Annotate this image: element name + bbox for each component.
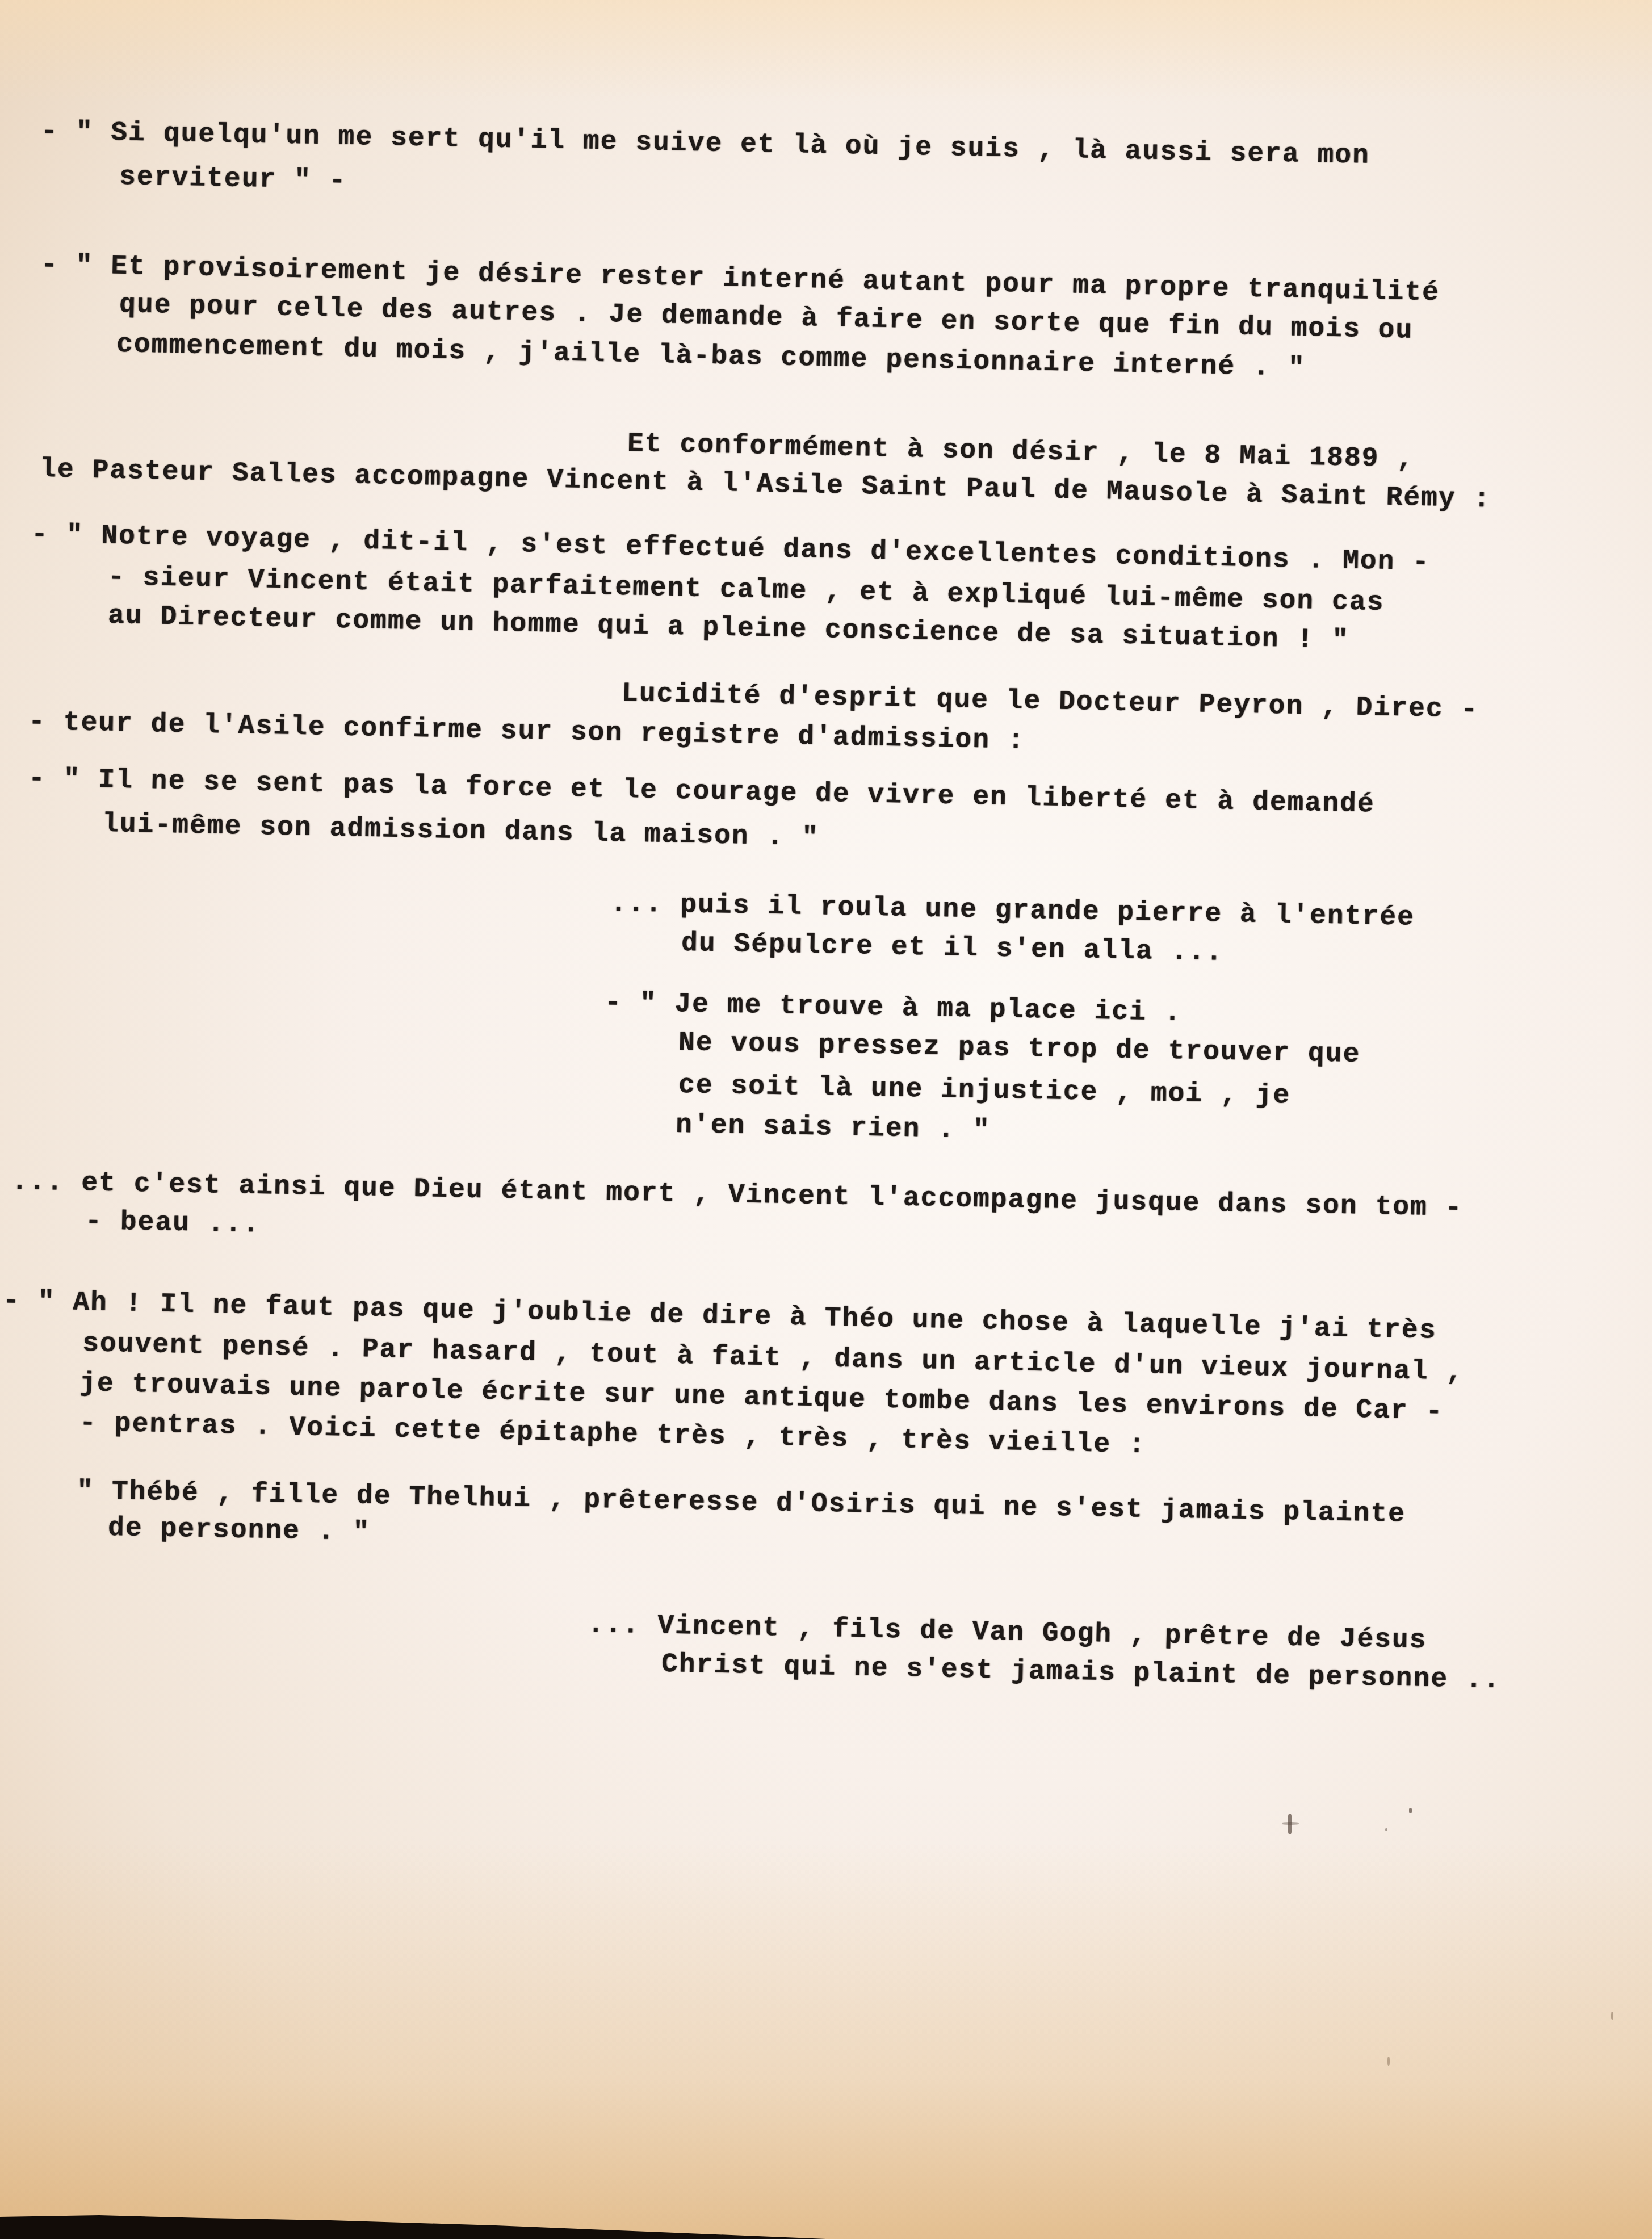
paper-page: - " Si quelqu'un me sert qu'il me suive … — [0, 0, 1652, 2239]
paper-mark — [1385, 1828, 1387, 1831]
text-line: - " Si quelqu'un me sert qu'il me suive … — [41, 116, 1370, 171]
text-line: n'en sais rien . " — [676, 1110, 991, 1146]
paper-mark — [1282, 1822, 1299, 1825]
text-line: - beau ... — [85, 1206, 261, 1240]
text-line: - " Je me trouve à ma place ici . — [605, 988, 1182, 1029]
text-line: Et conformément à son désir , le 8 Mai 1… — [627, 429, 1414, 475]
text-line: serviteur " - — [119, 162, 347, 196]
text-line: ce soit là une injustice , moi , je — [678, 1070, 1291, 1112]
text-line: du Sépulcre et il s'en alla ... — [681, 928, 1224, 968]
paper-mark — [1611, 2012, 1613, 2020]
text-line: Christ qui ne s'est jamais plaint de per… — [661, 1649, 1500, 1696]
text-line: lui-même son admission dans la maison . … — [102, 809, 819, 853]
text-line: - teur de l'Asile confirme sur son regis… — [28, 707, 1025, 757]
text-line: Ne vous pressez pas trop de trouver que — [678, 1028, 1361, 1070]
paper-mark — [1387, 2057, 1390, 2066]
paper-mark — [1409, 1808, 1412, 1813]
text-line: de personne . " — [108, 1513, 371, 1548]
text-line: Lucidité d'esprit que le Docteur Peyron … — [621, 678, 1478, 726]
text-line: ... puis il roula une grande pierre à l'… — [610, 888, 1415, 933]
text-line: ... Vincent , fils de Van Gogh , prêtre … — [587, 1609, 1427, 1656]
